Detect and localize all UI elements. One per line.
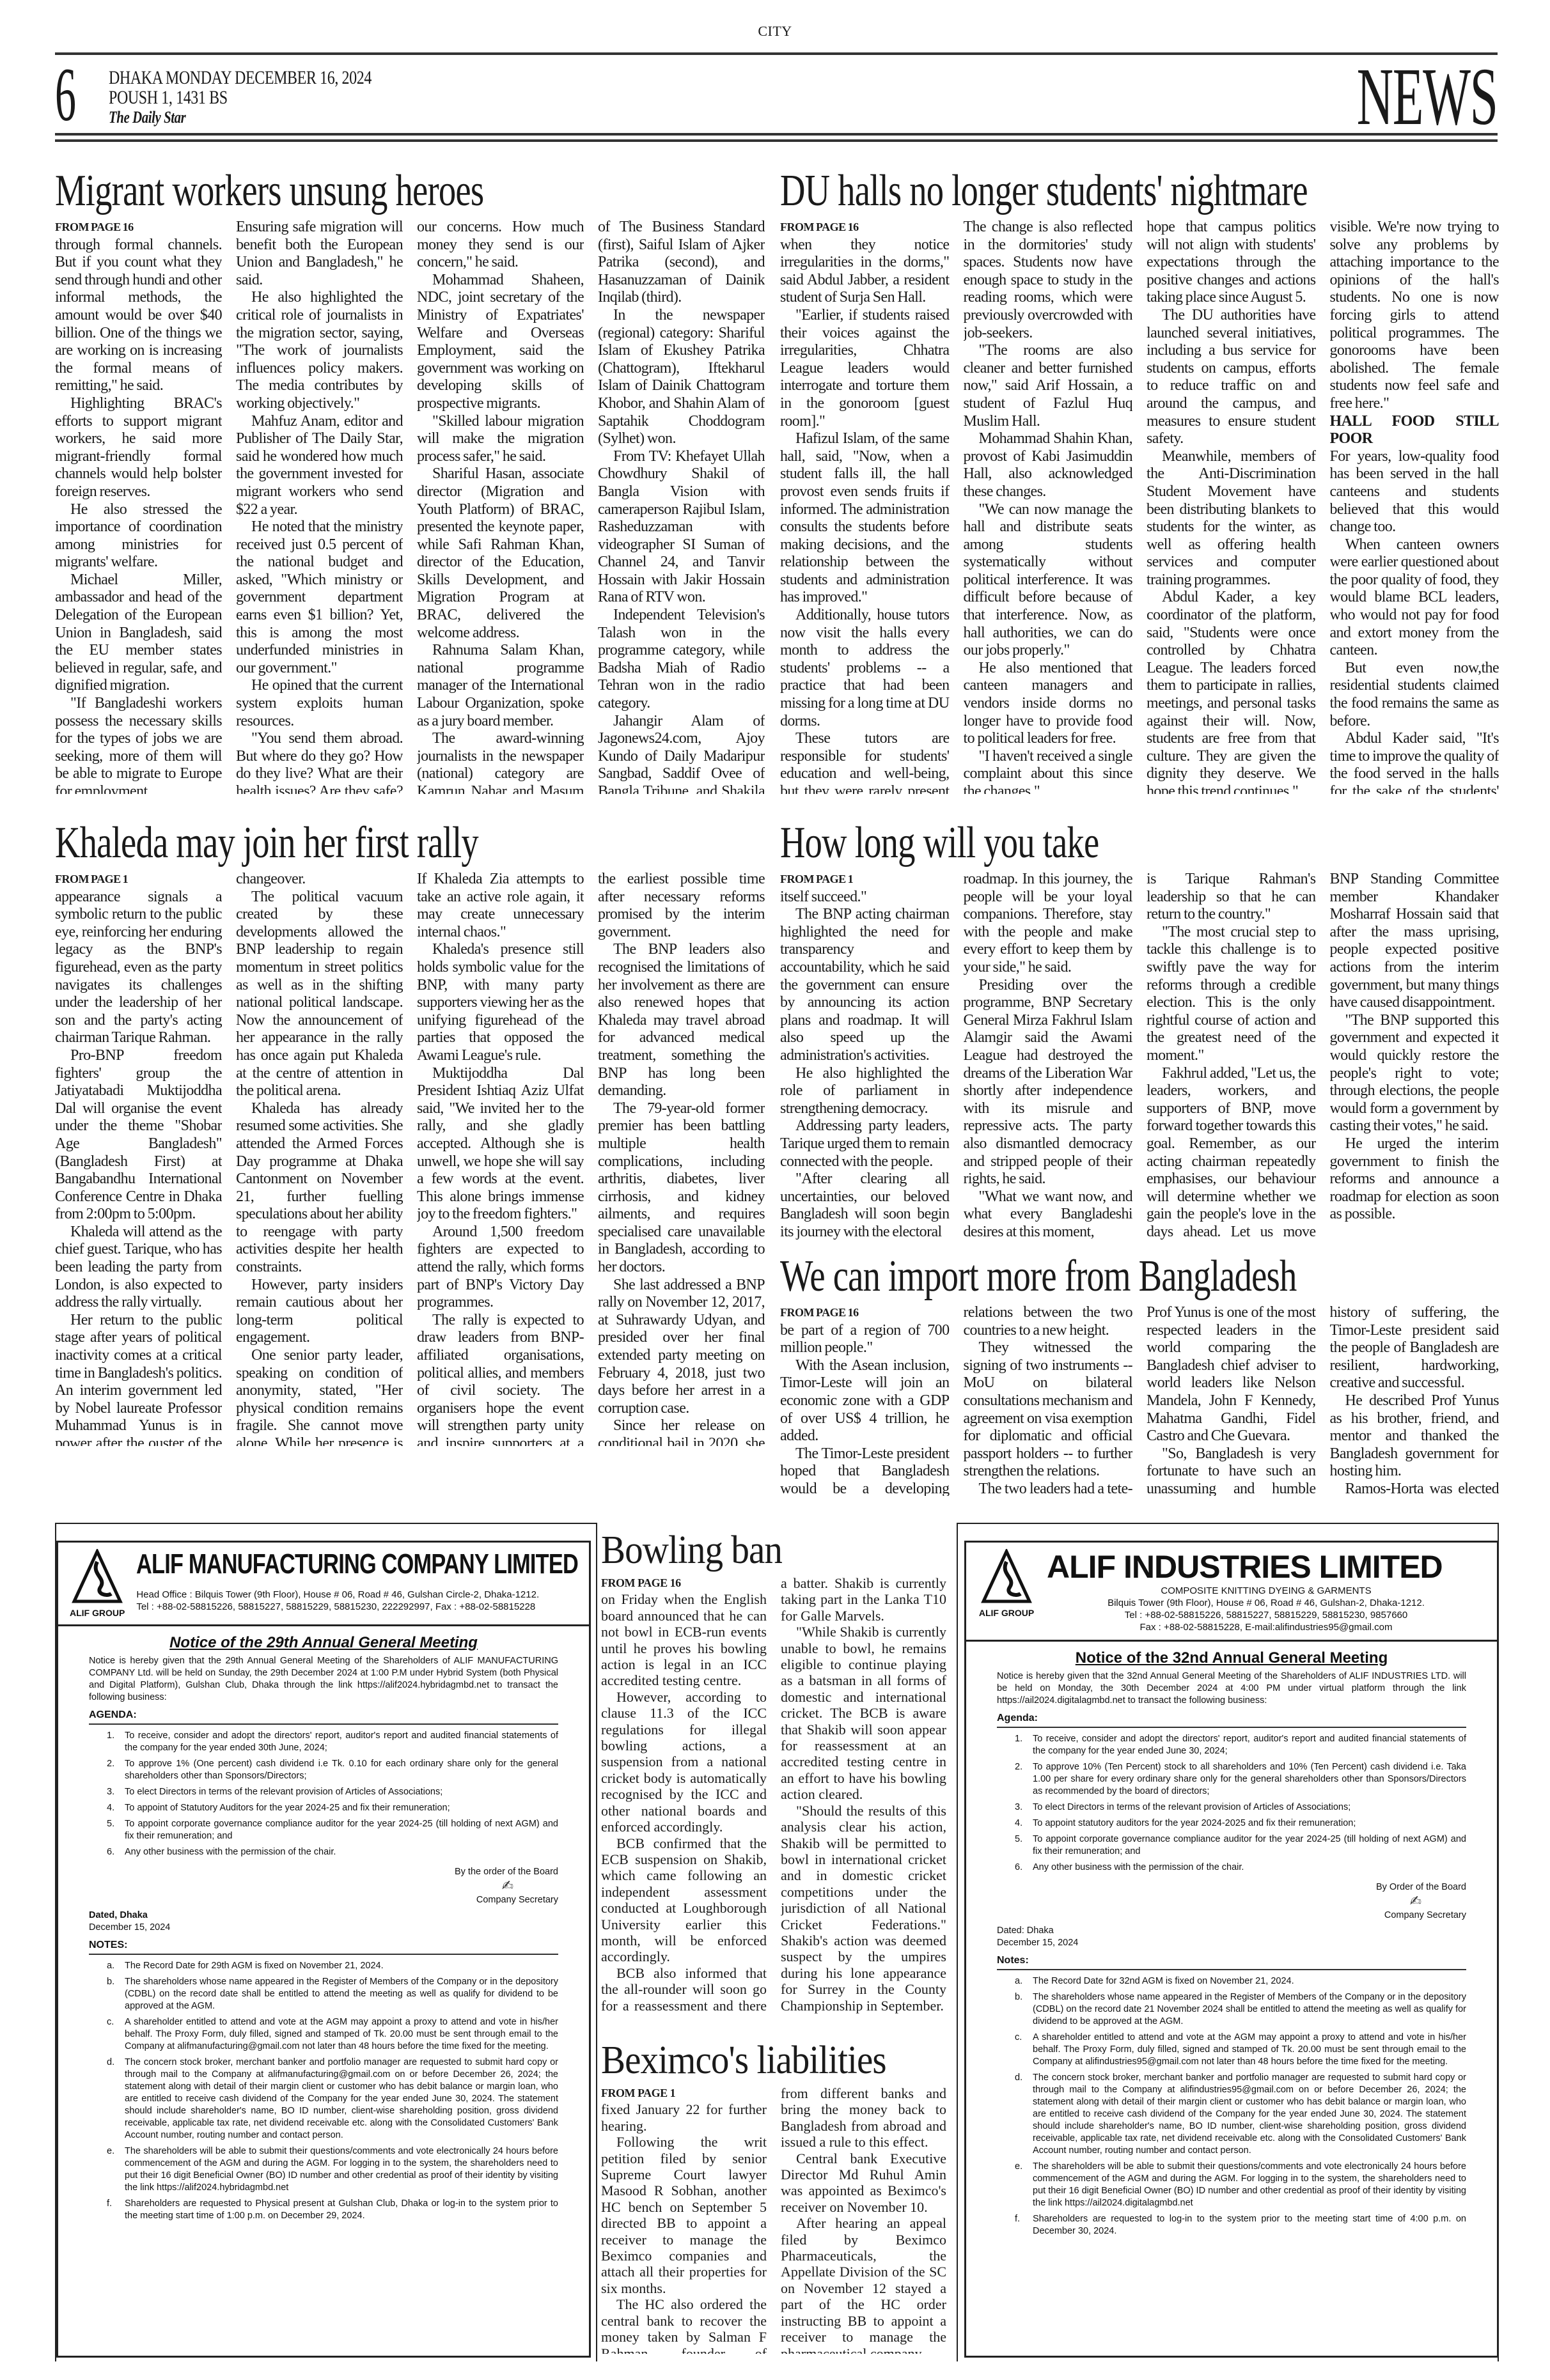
alif-group-logo: ALIF GROUP [70, 1549, 125, 1618]
paragraph: "You send them abroad. But where do they… [236, 730, 403, 794]
headline[interactable]: Khaleda may join her first rally [55, 820, 609, 867]
dateline-block: DHAKA MONDAY DECEMBER 16, 2024 POUSH 1, … [109, 68, 372, 127]
paragraph: Mahfuz Anam, editor and Publisher of The… [236, 413, 403, 519]
paragraph: After hearing an appeal filed by Beximco… [781, 2215, 946, 2354]
note-item: e.The shareholders will be able to submi… [1015, 2161, 1466, 2209]
paragraph: "Earlier, if students raised their voice… [780, 307, 950, 430]
paragraph: Addressing party leaders, Tarique urged … [780, 1117, 950, 1171]
paragraph: The HC also ordered the central bank to … [601, 2296, 767, 2354]
paragraph: BNP Standing Committee member Khandaker … [1330, 871, 1499, 1012]
agenda-item: 4.To appoint of Statutory Auditors for t… [107, 1802, 558, 1814]
note-item: b.The shareholders whose name appeared i… [107, 1976, 558, 2012]
paragraph: "While Shakib is currently unable to bow… [781, 1624, 946, 1802]
paragraph: through formal channels. But if you coun… [55, 237, 222, 395]
paragraph: The BNP acting chairman highlighted the … [780, 906, 950, 1064]
jump-line: FROM PAGE 1 [601, 2085, 767, 2101]
paragraph: They witnessed the signing of two instru… [964, 1339, 1133, 1481]
jump-line: FROM PAGE 16 [780, 219, 950, 237]
paragraph: The DU authorities have launched several… [1147, 307, 1316, 448]
paragraph: The BNP leaders also recognised the limi… [598, 941, 765, 1100]
paragraph: itself succeed." [780, 889, 950, 906]
agenda-item: 1.To receive, consider and adopt the dir… [107, 1730, 558, 1754]
telephone: Tel : +88-02-58815226, 58815227, 5881522… [1047, 1609, 1485, 1621]
paragraph: But even now,the residential students cl… [1330, 660, 1499, 730]
paragraph: If Khaleda Zia attempts to take an activ… [417, 871, 584, 941]
article-column: visible. We're now trying to solve any p… [1330, 219, 1499, 794]
headline[interactable]: We can import more from Bangladesh [780, 1253, 1341, 1300]
paragraph: The Timor-Leste president hoped that Ban… [780, 1445, 950, 1496]
top-rule [55, 52, 1498, 55]
paragraph: appearance signals a symbolic return to … [55, 889, 222, 1047]
note-item: a.The Record Date for 32nd AGM is fixed … [1015, 1975, 1466, 1987]
paragraph: Mohammad Shaheen, NDC, joint secretary o… [417, 272, 584, 413]
article-column: FROM PAGE 16through formal channels. But… [55, 219, 222, 794]
agenda-item: 3.To elect Directors in terms of the rel… [107, 1786, 558, 1798]
telephone: Tel : +88-02-58815226, 58815227, 5881522… [136, 1601, 703, 1613]
signature-mark: ✍ [997, 1894, 1421, 1908]
article-column: Ensuring safe migration will benefit bot… [236, 219, 403, 794]
paragraph: However, according to clause 11.3 of the… [601, 1689, 767, 1835]
jump-line: FROM PAGE 16 [780, 1304, 950, 1322]
subhead: HALL FOOD STILL POOR [1330, 413, 1499, 448]
paragraph: "Should the results of this analysis cle… [781, 1803, 946, 2014]
paragraph: Mohammad Shahin Khan, provost of Kabi Ja… [964, 430, 1133, 501]
agenda-list: 1.To receive, consider and adopt the dir… [997, 1733, 1466, 1874]
article-column: FROM PAGE 16when they notice irregularit… [780, 219, 950, 794]
note-item: c.A shareholder entitled to attend and v… [1015, 2032, 1466, 2068]
article-column: the earliest possible time after necessa… [598, 871, 765, 1446]
notice-title: Notice of the 29th Annual General Meetin… [89, 1637, 558, 1649]
ad-body: Notice of the 29th Annual General Meetin… [58, 1626, 589, 2234]
paragraph: "The BNP supported this government and e… [1330, 1012, 1499, 1135]
paragraph: In the newspaper (regional) category: Sh… [598, 307, 765, 448]
paragraph: BCB also informed that the all-rounder w… [601, 1965, 767, 2016]
paragraph: the earliest possible time after necessa… [598, 871, 765, 941]
article-column: FROM PAGE 16on Friday when the English b… [601, 1575, 767, 2016]
paragraph: fixed January 22 for further hearing. [601, 2101, 767, 2134]
section-title: NEWS [1357, 59, 1498, 134]
note-item: a.The Record Date for 29th AGM is fixed … [107, 1960, 558, 1972]
paragraph: be part of a region of 700 million peopl… [780, 1322, 950, 1357]
paragraph: changeover. [236, 871, 403, 889]
notes-label: NOTES: [89, 1939, 558, 1955]
article-column: changeover.The political vacuum created … [236, 871, 403, 1446]
paragraph: Khaleda has already resumed some activit… [236, 1100, 403, 1277]
article-column: FROM PAGE 16be part of a region of 700 m… [780, 1304, 950, 1496]
agenda-item: 6.Any other business with the permission… [107, 1846, 558, 1858]
paragraph: The two leaders had a tete-a-tete which … [964, 1481, 1133, 1496]
ad-header: ALIF GROUP ALIF INDUSTRIES LIMITED COMPO… [966, 1543, 1497, 1642]
paragraph: Abdul Kader, a key coordinator of the pl… [1147, 589, 1316, 794]
paragraph: He also highlighted the role of parliame… [780, 1065, 950, 1118]
note-item: c.A shareholder entitled to attend and v… [107, 2016, 558, 2053]
article-column: FROM PAGE 1appearance signals a symbolic… [55, 871, 222, 1446]
paragraph: Ramos-Horta was elected president in May… [1330, 1481, 1499, 1496]
paragraph: BCB confirmed that the ECB suspension on… [601, 1835, 767, 1965]
alif-logo-icon [981, 1549, 1032, 1606]
headline[interactable]: DU halls no longer students' nightmare [780, 167, 1341, 215]
article-columns: FROM PAGE 16on Friday when the English b… [601, 1575, 946, 2016]
paragraph: "The rooms are also cleaner and better f… [964, 342, 1133, 430]
agenda-item: 5.To appoint corporate governance compli… [107, 1818, 558, 1842]
paragraph: Fakhrul added, "Let us, the leaders, wor… [1147, 1065, 1316, 1241]
paragraph: However, party insiders remain cautious … [236, 1277, 403, 1347]
tagline: COMPOSITE KNITTING DYEING & GARMENTS [1047, 1585, 1485, 1597]
paragraph: Her return to the public stage after yea… [55, 1312, 222, 1446]
ad-header: ALIF GROUP ALIF MANUFACTURING COMPANY LI… [58, 1543, 589, 1626]
notes-label: Notes: [997, 1954, 1466, 1970]
article-columns: FROM PAGE 1itself succeed."The BNP actin… [780, 871, 1499, 1241]
paragraph: Rahnuma Salam Khan, national programme m… [417, 642, 584, 730]
article-columns: FROM PAGE 1fixed January 22 for further … [601, 2085, 946, 2354]
notice-intro: Notice is hereby given that the 32nd Ann… [997, 1670, 1466, 1707]
paragraph: Hafizul Islam, of the same hall, said, "… [780, 430, 950, 607]
notes-list: a.The Record Date for 32nd AGM is fixed … [997, 1975, 1466, 2237]
headline[interactable]: How long will you take [780, 820, 1341, 867]
article-import-bangladesh: We can import more from Bangladesh FROM … [780, 1253, 1499, 1496]
signature-block: By Order of the Board ✍ Company Secretar… [997, 1880, 1466, 1922]
paragraph: Michael Miller, ambassador and head of t… [55, 572, 222, 695]
paragraph: He urged the interim government to finis… [1330, 1135, 1499, 1224]
paragraph: With the Asean inclusion, Timor-Leste wi… [780, 1357, 950, 1445]
article-columns: FROM PAGE 16through formal channels. But… [55, 219, 765, 794]
paragraph: "Skilled labour migration will make the … [417, 413, 584, 466]
publication-logo: The Daily Star [109, 107, 372, 127]
paragraph: Central bank Executive Director Md Ruhul… [781, 2151, 946, 2216]
headline[interactable]: Migrant workers unsung heroes [55, 167, 609, 215]
paragraph: Presiding over the programme, BNP Secret… [964, 977, 1133, 1188]
agenda-list: 1.To receive, consider and adopt the dir… [89, 1730, 558, 1858]
article-column: Prof Yunus is one of the most respected … [1147, 1304, 1316, 1496]
jump-line: FROM PAGE 1 [780, 871, 950, 889]
dated-date: December 15, 2024 [89, 1922, 558, 1934]
note-item: b.The shareholders whose name appeared i… [1015, 1991, 1466, 2028]
paragraph: "If Bangladeshi workers possess the nece… [55, 695, 222, 794]
agenda-item: 2.To approve 10% (Ten Percent) stock to … [1015, 1761, 1466, 1798]
dated-place: Dated, Dhaka [89, 1909, 558, 1922]
article-column: hope that campus politics will not align… [1147, 219, 1316, 794]
article-column: a batter. Shakib is currently taking par… [781, 1575, 946, 2016]
paragraph: Since her release on conditional bail in… [598, 1417, 765, 1446]
ad-body: Notice of the 32nd Annual General Meetin… [966, 1642, 1497, 2249]
paragraph: Meanwhile, members of the Anti-Discrimin… [1147, 448, 1316, 589]
paragraph: from different banks and bring the money… [781, 2085, 946, 2151]
paragraph: The 79-year-old former premier has been … [598, 1100, 765, 1277]
section-tag: CITY [0, 23, 1550, 40]
alif-logo-icon [72, 1549, 123, 1606]
signature-block: By the order of the Board ✍ Company Secr… [89, 1865, 558, 1907]
paragraph: Muktijoddha Dal President Ishtiaq Aziz U… [417, 1065, 584, 1224]
bangla-date: POUSH 1, 1431 BS [109, 88, 372, 107]
article-columns: FROM PAGE 1appearance signals a symbolic… [55, 871, 765, 1446]
paragraph: He also mentioned that canteen managers … [964, 660, 1133, 748]
agenda-item: 5.To appoint corporate governance compli… [1015, 1833, 1466, 1858]
paragraph: Jahangir Alam of Jagonews24.com, Ajoy Ku… [598, 713, 765, 794]
ad-alif-manufacturing: ALIF GROUP ALIF MANUFACTURING COMPANY LI… [56, 1541, 591, 2358]
paragraph: of The Business Standard (first), Saiful… [598, 219, 765, 307]
paragraph: "So, Bangladesh is very fortunate to hav… [1147, 1445, 1316, 1496]
paragraph: is Tarique Rahman's leadership so that h… [1147, 871, 1316, 924]
article-column: is Tarique Rahman's leadership so that h… [1147, 871, 1316, 1241]
paragraph: He also highlighted the critical role of… [236, 289, 403, 412]
note-item: f.Shareholders are requested to Physical… [107, 2198, 558, 2222]
article-column: FROM PAGE 1itself succeed."The BNP actin… [780, 871, 950, 1241]
article-column: relations between the two countries to a… [964, 1304, 1133, 1496]
paragraph: "After clearing all uncertainties, our b… [780, 1171, 950, 1241]
paragraph: hope that campus politics will not align… [1147, 219, 1316, 307]
paragraph: Around 1,500 freedom fighters are expect… [417, 1224, 584, 1312]
paragraph: The award-winning journalists in the new… [417, 730, 584, 794]
article-columns: FROM PAGE 16be part of a region of 700 m… [780, 1304, 1499, 1496]
article-migrant-workers: Migrant workers unsung heroes FROM PAGE … [55, 167, 765, 813]
signature-mark: ✍ [89, 1879, 513, 1893]
article-column: our concerns. How much money they send i… [417, 219, 584, 794]
note-item: d.The concern stock broker, merchant ban… [1015, 2072, 1466, 2157]
note-item: d.The concern stock broker, merchant ban… [107, 2057, 558, 2142]
page-number: 6 [55, 63, 76, 127]
agenda-item: 4.To appoint statutory auditors for the … [1015, 1817, 1466, 1830]
dated-place: Dated: Dhaka [997, 1925, 1466, 1937]
masthead: 6 DHAKA MONDAY DECEMBER 16, 2024 POUSH 1… [55, 59, 1498, 130]
masthead-double-rule [55, 133, 1498, 142]
dateline: DHAKA MONDAY DECEMBER 16, 2024 [109, 68, 372, 88]
article-how-long: How long will you take FROM PAGE 1itself… [780, 820, 1499, 1241]
paragraph: "What we want now, and what every Bangla… [964, 1188, 1133, 1241]
paragraph: visible. We're now trying to solve any p… [1330, 219, 1499, 413]
address: Bilquis Tower (9th Floor), House # 06, R… [1047, 1597, 1485, 1609]
agenda-item: 6.Any other business with the permission… [1015, 1862, 1466, 1874]
jump-line: FROM PAGE 1 [55, 871, 222, 889]
paragraph: Khaleda's presence still holds symbolic … [417, 941, 584, 1064]
article-column: The change is also reflected in the dorm… [964, 219, 1133, 794]
article-column: FROM PAGE 1fixed January 22 for further … [601, 2085, 767, 2354]
article-column: roadmap. In this journey, the people wil… [964, 871, 1133, 1241]
paragraph: He also stressed the importance of coord… [55, 501, 222, 572]
article-du-halls: DU halls no longer students' nightmare F… [780, 167, 1499, 813]
paragraph: The change is also reflected in the dorm… [964, 219, 1133, 342]
paragraph: history of suffering, the Timor-Leste pr… [1330, 1304, 1499, 1392]
agenda-item: 3.To elect Directors in terms of the rel… [1015, 1801, 1466, 1814]
paragraph: He described Prof Yunus as his brother, … [1330, 1392, 1499, 1481]
paragraph: Independent Television's Talash won in t… [598, 607, 765, 713]
paragraph: when they notice irregularities in the d… [780, 237, 950, 307]
headline[interactable]: Beximco's liabilities [601, 2039, 919, 2081]
paragraph: Abdul Kader said, "It's time to improve … [1330, 730, 1499, 794]
paragraph: These tutors are responsible for student… [780, 730, 950, 794]
paragraph: Additionally, house tutors now visit the… [780, 607, 950, 730]
agenda-item: 1.To receive, consider and adopt the dir… [1015, 1733, 1466, 1757]
dated-date: December 15, 2024 [997, 1937, 1466, 1949]
paragraph: Shariful Hasan, associate director (Migr… [417, 465, 584, 642]
paragraph: Prof Yunus is one of the most respected … [1147, 1304, 1316, 1445]
alif-group-logo: ALIF GROUP [978, 1549, 1035, 1618]
paragraph: relations between the two countries to a… [964, 1304, 1133, 1339]
paragraph: He noted that the ministry received just… [236, 518, 403, 677]
article-column: from different banks and bring the money… [781, 2085, 946, 2354]
article-column: If Khaleda Zia attempts to take an activ… [417, 871, 584, 1446]
paragraph: "We can now manage the hall and distribu… [964, 501, 1133, 660]
article-column: of The Business Standard (first), Saiful… [598, 219, 765, 794]
article-column: BNP Standing Committee member Khandaker … [1330, 871, 1499, 1241]
agenda-label: AGENDA: [89, 1709, 558, 1725]
paragraph: For years, low-quality food has been ser… [1330, 448, 1499, 536]
paragraph: roadmap. In this journey, the people wil… [964, 871, 1133, 977]
paragraph: He opined that the current system exploi… [236, 677, 403, 730]
article-khaleda-rally: Khaleda may join her first rally FROM PA… [55, 820, 765, 1280]
article-beximco: Beximco's liabilities FROM PAGE 1fixed J… [601, 2039, 946, 2346]
paragraph: One senior party leader, speaking on con… [236, 1347, 403, 1446]
head-office: Head Office : Bilquis Tower (9th Floor),… [136, 1589, 703, 1601]
paragraph: From TV: Khefayet Ullah Chowdhury Shakil… [598, 448, 765, 607]
paragraph: "The most crucial step to tackle this ch… [1147, 924, 1316, 1065]
company-name: ALIF MANUFACTURING COMPANY LIMITED [136, 1549, 578, 1580]
paragraph: our concerns. How much money they send i… [417, 219, 584, 272]
note-item: f.Shareholders are requested to log-in t… [1015, 2213, 1466, 2237]
paragraph: "I haven't received a single complaint a… [964, 748, 1133, 794]
company-name: ALIF INDUSTRIES LIMITED [1047, 1549, 1485, 1585]
notice-intro: Notice is hereby given that the 29th Ann… [89, 1655, 558, 1704]
paragraph: Ensuring safe migration will benefit bot… [236, 219, 403, 289]
ad-alif-industries: ALIF GROUP ALIF INDUSTRIES LIMITED COMPO… [964, 1541, 1499, 2358]
paragraph: a batter. Shakib is currently taking par… [781, 1575, 946, 1624]
paragraph: When canteen owners were earlier questio… [1330, 536, 1499, 660]
article-column: history of suffering, the Timor-Leste pr… [1330, 1304, 1499, 1496]
paragraph: She last addressed a BNP rally on Novemb… [598, 1277, 765, 1418]
paragraph: The political vacuum created by these de… [236, 889, 403, 1100]
jump-line: FROM PAGE 16 [55, 219, 222, 237]
paragraph: The rally is expected to draw leaders fr… [417, 1312, 584, 1446]
paragraph: Following the writ petition filed by sen… [601, 2134, 767, 2296]
fax-email: Fax : +88-02-58815228, E-mail:alifindust… [1047, 1621, 1485, 1633]
agenda-label: Agenda: [997, 1712, 1466, 1728]
note-item: e.The shareholders will be able to submi… [107, 2145, 558, 2194]
agenda-item: 2.To approve 1% (One percent) cash divid… [107, 1758, 558, 1782]
notes-list: a.The Record Date for 29th AGM is fixed … [89, 1960, 558, 2222]
notice-title: Notice of the 32nd Annual General Meetin… [997, 1652, 1466, 1664]
paragraph: Khaleda will attend as the chief guest. … [55, 1224, 222, 1312]
paragraph: Pro-BNP freedom fighters' group the Jati… [55, 1047, 222, 1224]
article-columns: FROM PAGE 16when they notice irregularit… [780, 219, 1499, 794]
paragraph: Highlighting BRAC's efforts to support m… [55, 395, 222, 501]
